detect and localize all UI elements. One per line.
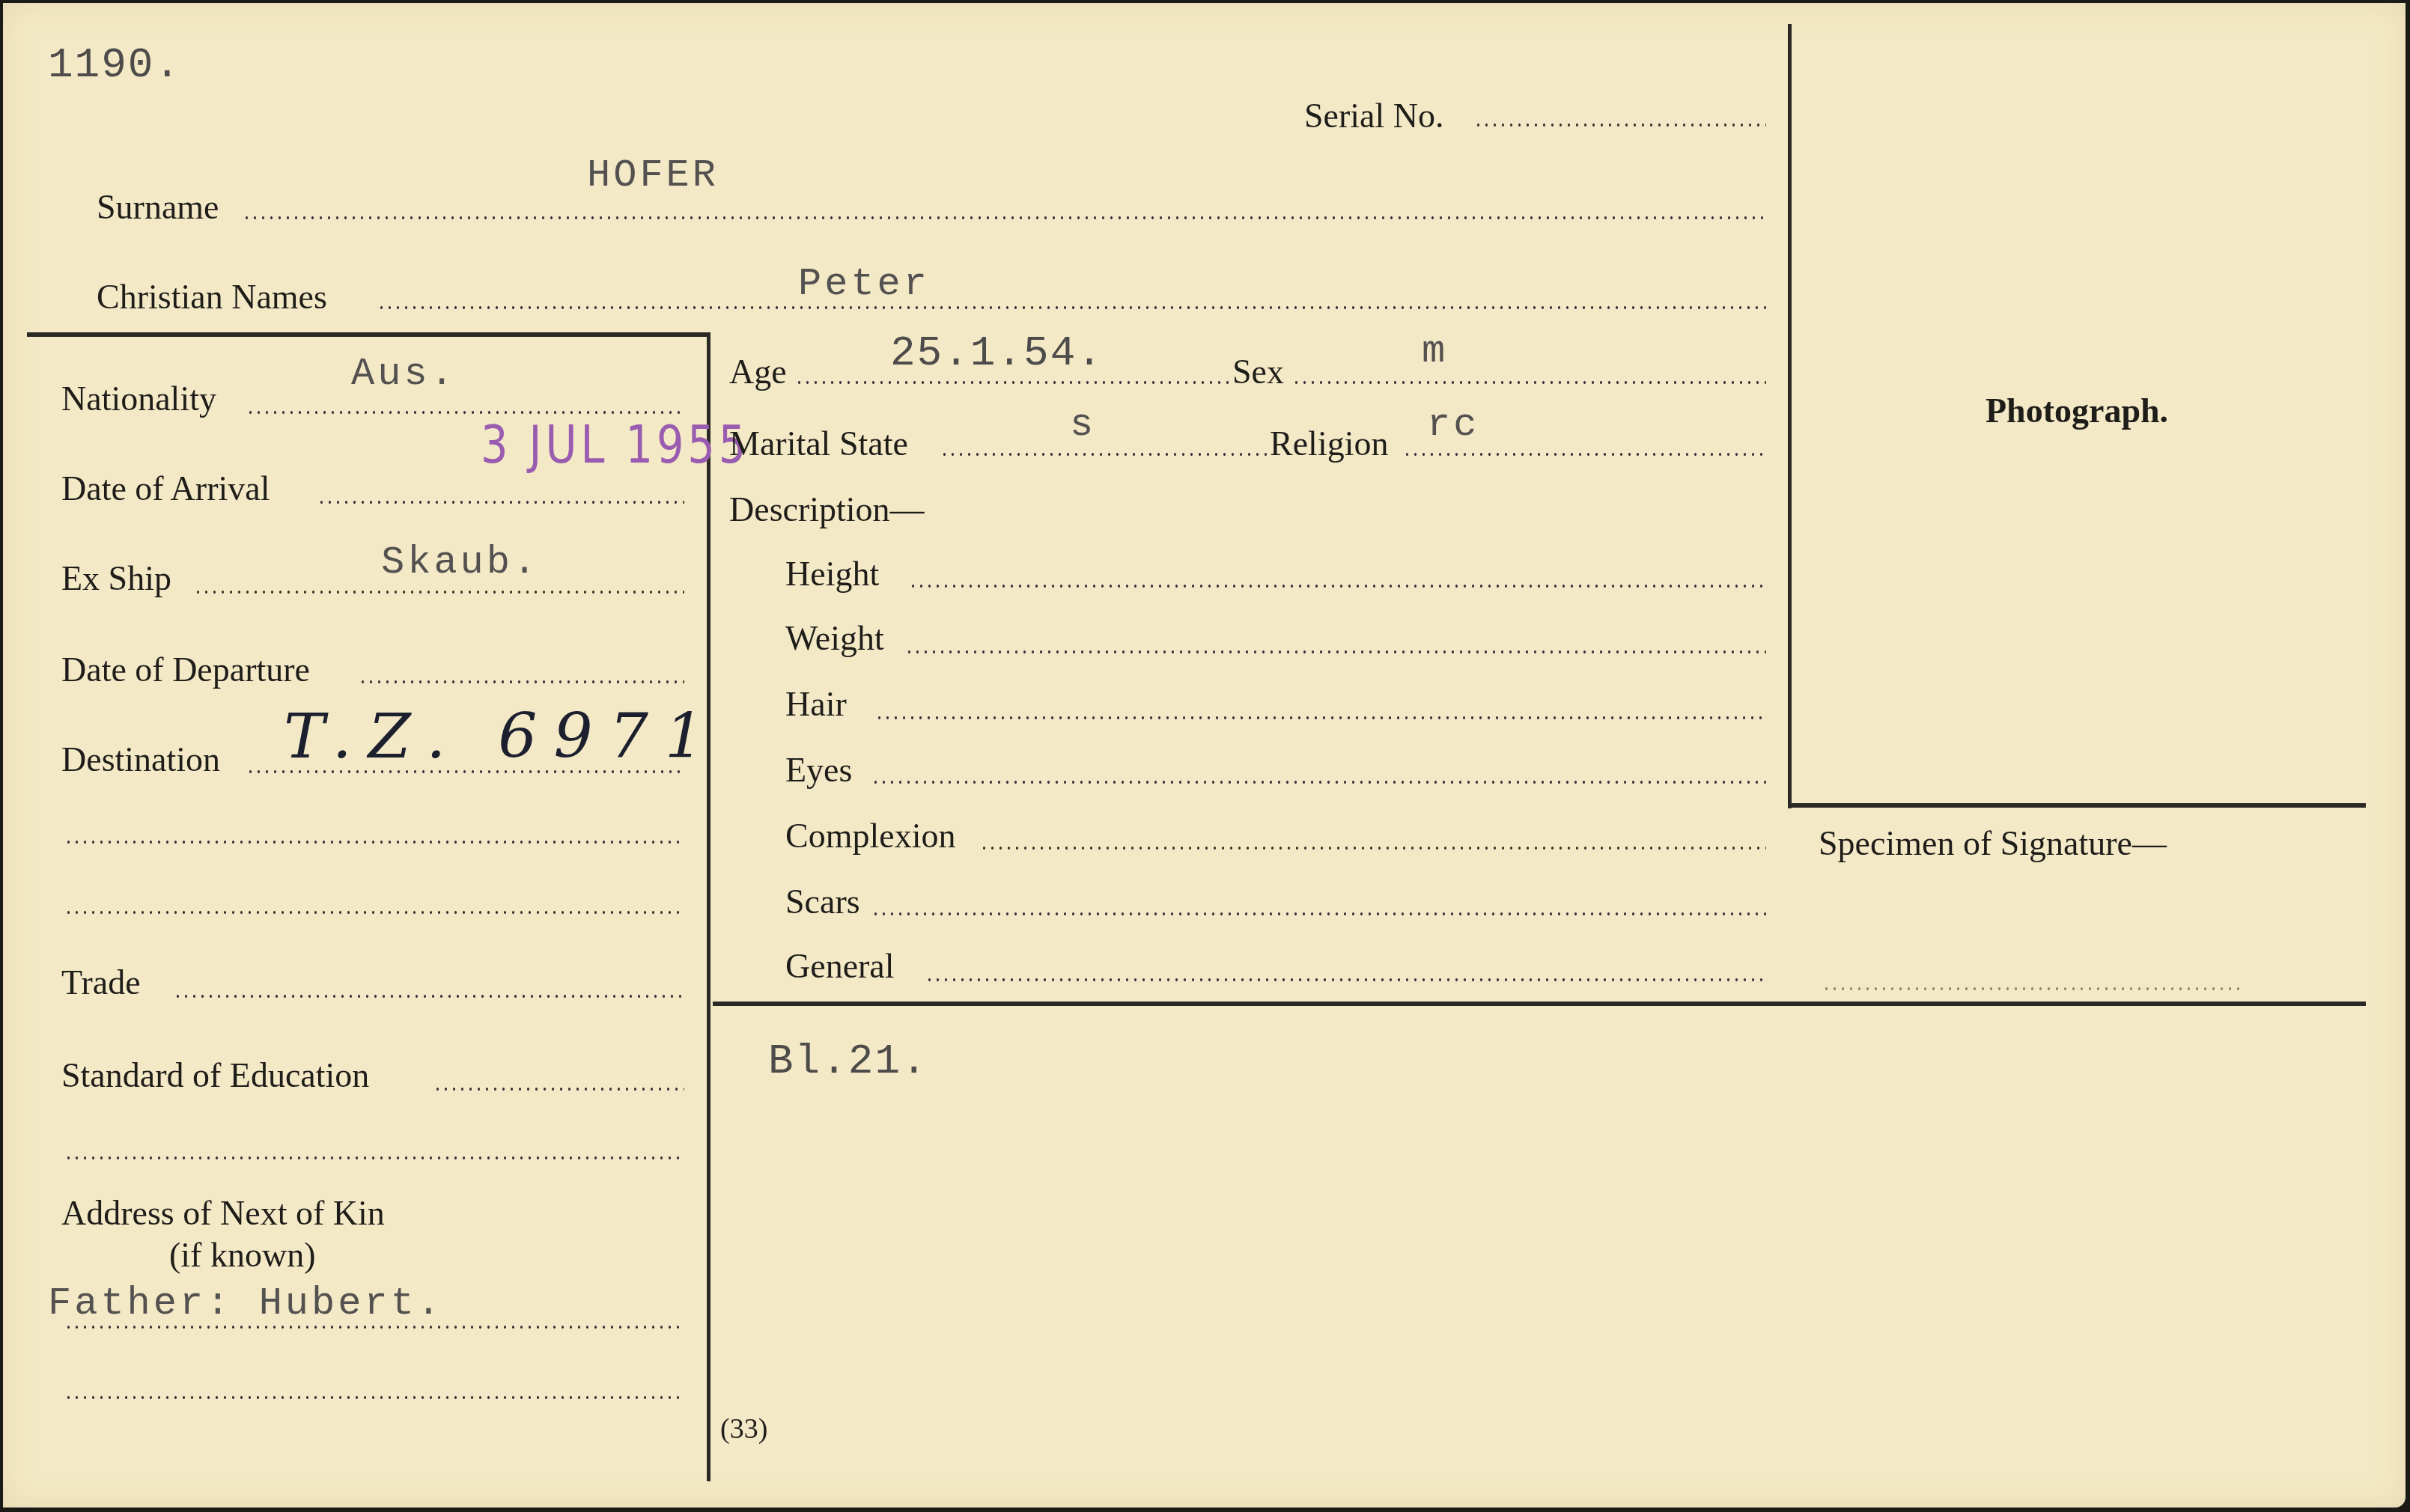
destination-label: Destination [61,743,220,777]
date-of-departure-label: Date of Departure [61,653,310,687]
general-field[interactable] [925,978,1766,982]
ex-ship-value: Skaub. [381,543,539,582]
extra-line-1[interactable] [64,840,684,844]
date-of-arrival-label: Date of Arrival [61,472,270,506]
christian-names-field[interactable] [377,305,1766,310]
education-extra-line[interactable] [64,1156,684,1160]
description-heading: Description— [729,493,925,527]
height-field[interactable] [909,584,1766,588]
weight-field[interactable] [905,650,1766,654]
marital-state-value: s [1070,406,1096,445]
weight-label: Weight [785,621,884,656]
general-label: General [785,949,895,984]
scars-field[interactable] [871,912,1766,916]
next-of-kin-label: Address of Next of Kin [61,1196,385,1231]
photograph-area[interactable] [1794,25,2363,801]
religion-label: Religion [1270,427,1388,461]
sex-value: m [1422,332,1448,371]
religion-value: rc [1427,406,1479,445]
christian-names-label: Christian Names [97,280,327,314]
signature-field[interactable] [1822,987,2242,991]
age-field[interactable] [795,380,1229,385]
next-of-kin-value: Father: Hubert. [48,1284,443,1323]
destination-value: T.Z. 6971 [284,707,720,768]
extra-line-2[interactable] [64,910,684,915]
description-bottom-rule [713,1002,2366,1006]
hair-field[interactable] [875,716,1766,720]
registration-card: 1190. Serial No. HOFER Surname Peter Chr… [3,3,2406,1508]
date-of-departure-field[interactable] [359,680,684,684]
next-of-kin-sublabel: (if known) [169,1238,315,1272]
sex-label: Sex [1232,355,1284,389]
left-top-rule [27,332,710,337]
christian-names-value: Peter [798,265,930,304]
complexion-field[interactable] [980,846,1766,850]
ex-ship-label: Ex Ship [61,561,171,596]
signature-label: Specimen of Signature— [1819,826,2167,861]
standard-of-education-label: Standard of Education [61,1058,369,1093]
trade-field[interactable] [174,994,684,999]
date-of-arrival-field[interactable] [317,500,684,504]
eyes-label: Eyes [785,753,852,787]
surname-value: HOFER [587,156,719,195]
trade-label: Trade [61,966,141,1000]
destination-field[interactable] [246,769,684,774]
nationality-value: Aus. [351,355,457,394]
hair-label: Hair [785,687,847,722]
standard-of-education-field[interactable] [433,1087,684,1091]
marital-state-label: Marital State [729,427,908,461]
scars-label: Scars [785,885,860,919]
photo-box-divider [1788,24,1792,808]
left-column-divider [707,332,710,1481]
age-value: 25.1.54. [890,332,1104,374]
surname-label: Surname [97,190,219,225]
card-number: 1190. [48,44,181,86]
remark-value: Bl.21. [768,1040,928,1082]
sex-field[interactable] [1292,380,1766,385]
serial-no-field[interactable] [1474,123,1766,127]
marital-state-field[interactable] [940,452,1270,457]
religion-field[interactable] [1403,452,1766,457]
nationality-label: Nationality [61,382,216,416]
arrival-date-stamp: 3 JUL 1955 [481,418,749,471]
eyes-field[interactable] [871,780,1766,784]
ex-ship-field[interactable] [194,590,684,594]
age-label: Age [729,355,787,389]
surname-field[interactable] [243,216,1766,220]
photo-box-bottom-rule [1788,803,2366,808]
next-of-kin-field[interactable] [64,1325,684,1329]
serial-no-label: Serial No. [1304,99,1444,133]
next-of-kin-extra-line[interactable] [64,1395,684,1400]
height-label: Height [785,557,879,591]
complexion-label: Complexion [785,819,955,853]
form-number: (33) [720,1415,767,1443]
